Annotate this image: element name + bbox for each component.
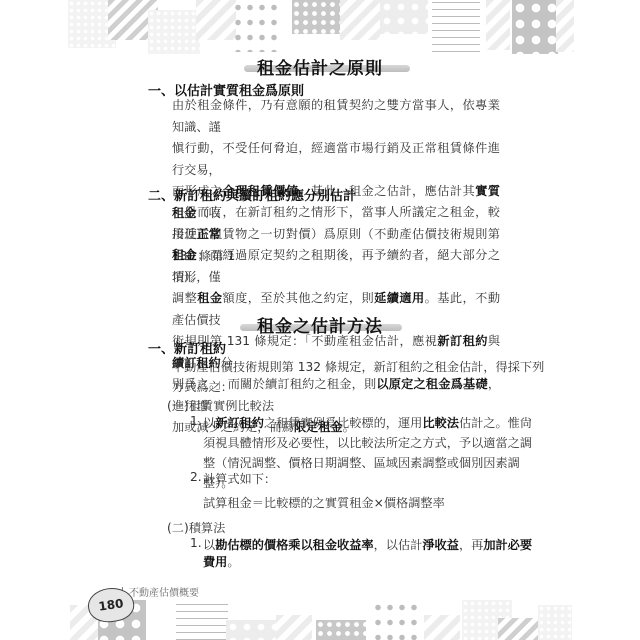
text-line: 方式爲之：: [172, 378, 233, 395]
text-line: 計算式如下：: [203, 470, 276, 487]
decor-tape: [148, 10, 200, 54]
decor-tape: [498, 618, 538, 640]
decor-tape: [316, 620, 366, 640]
decor-tape: [432, 0, 480, 52]
decor-tape: [512, 0, 558, 54]
decor-tape: [424, 615, 460, 640]
decor-tape: [196, 0, 236, 40]
step-number: 2.: [190, 470, 202, 484]
text-line: 以新訂租約之租賃實例爲比較標的，運用比較法估計之。惟尙: [203, 414, 532, 431]
text-line: 愼行動，不受任何脅迫，經適當市場行銷及正常租賃條件進行交易，: [172, 138, 500, 181]
text-line: 不動產估價技術規則第 132 條規定，新訂租約之租金估計，得採下列: [172, 358, 544, 375]
step-number: 1.: [190, 536, 202, 550]
decor-tape: [176, 601, 228, 640]
method-label: (二)積算法: [167, 519, 225, 536]
text-line: 租金；而經過原定契約之租期後，再予續約者，絕大部分之情形，僅: [172, 245, 500, 288]
section-title: 租金之估計方法: [257, 312, 383, 337]
method-label: (一)租賃實例比較法: [167, 397, 274, 414]
text-line: 以勘估標的價格乘以租金收益率，以估計淨收益，再加計必要: [203, 536, 532, 553]
step-number: 1.: [190, 414, 202, 428]
decor-tape: [380, 0, 428, 34]
decor-tape: [372, 600, 422, 640]
text-line: 費用。: [203, 553, 240, 570]
decor-tape: [556, 0, 574, 52]
subheading: 一、新訂租約: [148, 338, 226, 357]
decor-tape: [276, 615, 312, 640]
text-line: 須視具體情形及必要性，以比較法所定之方式，予以適當之調: [203, 434, 532, 451]
text-line: 一般而言，在新訂租約之情形下，當事人所議定之租金，較接近正常: [172, 202, 500, 245]
decor-tape: [232, 0, 280, 52]
section-title: 租金估計之原則: [257, 54, 383, 79]
decor-tape: [226, 620, 276, 640]
formula: 試算租金＝比較標的之實質租金×價格調整率: [203, 494, 445, 511]
decor-tape: [340, 0, 380, 40]
decor-tape: [486, 0, 510, 50]
text-line: 由於租金條件，乃有意願的租賃契約之雙方當事人，依專業知識、謹: [172, 95, 500, 138]
text-line: 整（情況調整、價格日期調整、區域因素調整或個別因素調: [203, 454, 520, 471]
running-footer: 不動產估價概要: [122, 584, 199, 599]
decor-tape: [292, 0, 342, 34]
decor-tape: [538, 605, 572, 640]
